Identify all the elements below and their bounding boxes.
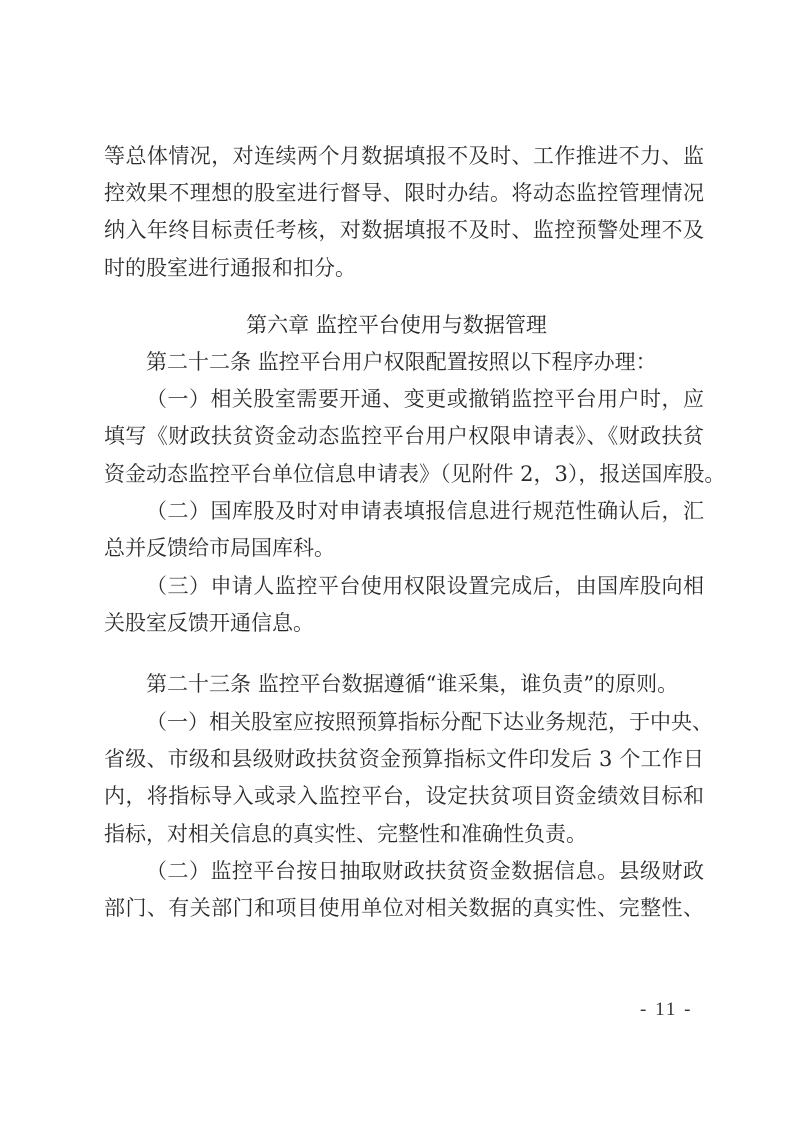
paragraph-line: 时的股室进行通报和扣分。 bbox=[104, 254, 704, 282]
paragraph-line: 部门、有关部门和项目使用单位对相关数据的真实性、完整性、 bbox=[104, 894, 704, 922]
paragraph-line: 指标，对相关信息的真实性、完整性和准确性负责。 bbox=[104, 820, 704, 848]
chapter-heading: 第六章 监控平台使用与数据管理 bbox=[0, 311, 793, 339]
article-label: 第二十三条 bbox=[146, 672, 251, 696]
article-22-heading: 第二十二条 监控平台用户权限配置按照以下程序办理： bbox=[104, 348, 704, 376]
paragraph-line: 控效果不理想的股室进行督导、限时办结。将动态监控管理情况 bbox=[104, 179, 704, 207]
article-text: 监控平台数据遵循“谁采集，谁负责”的原则。 bbox=[258, 672, 678, 696]
paragraph-line: 纳入年终目标责任考核，对数据填报不及时、监控预警处理不及 bbox=[104, 216, 704, 244]
document-page: 等总体情况，对连续两个月数据填报不及时、工作推进不力、监 控效果不理想的股室进行… bbox=[0, 0, 793, 1122]
paragraph-line: （一）相关股室应按照预算指标分配下达业务规范，于中央、 bbox=[104, 708, 704, 736]
paragraph-line: 资金动态监控平台单位信息申请表》（见附件 2，3），报送国库股。 bbox=[104, 460, 704, 488]
article-23-heading: 第二十三条 监控平台数据遵循“谁采集，谁负责”的原则。 bbox=[146, 670, 704, 698]
paragraph-line: 关股室反馈开通信息。 bbox=[104, 609, 704, 637]
paragraph-line: 填写《财政扶贫资金动态监控平台用户权限申请表》、《财政扶贫 bbox=[104, 422, 704, 450]
paragraph-line: （三）申请人监控平台使用权限设置完成后，由国库股向相 bbox=[104, 572, 704, 600]
paragraph-line: （二）国库股及时对申请表填报信息进行规范性确认后，汇 bbox=[104, 497, 704, 525]
article-text: 监控平台用户权限配置按照以下程序办理： bbox=[258, 350, 657, 374]
paragraph-line: 内，将指标导入或录入监控平台，设定扶贫项目资金绩效目标和 bbox=[104, 782, 704, 810]
paragraph-line: 等总体情况，对连续两个月数据填报不及时、工作推进不力、监 bbox=[104, 142, 704, 170]
article-label: 第二十二条 bbox=[146, 350, 251, 374]
paragraph-line: 省级、市级和县级财政扶贫资金预算指标文件印发后 3 个工作日 bbox=[104, 745, 704, 773]
paragraph-line: 总并反馈给市局国库科。 bbox=[104, 534, 704, 562]
page-number: - 11 - bbox=[640, 998, 692, 1022]
paragraph-line: （一）相关股室需要开通、变更或撤销监控平台用户时，应 bbox=[104, 385, 704, 413]
paragraph-line: （二）监控平台按日抽取财政扶贫资金数据信息。县级财政 bbox=[104, 857, 704, 885]
